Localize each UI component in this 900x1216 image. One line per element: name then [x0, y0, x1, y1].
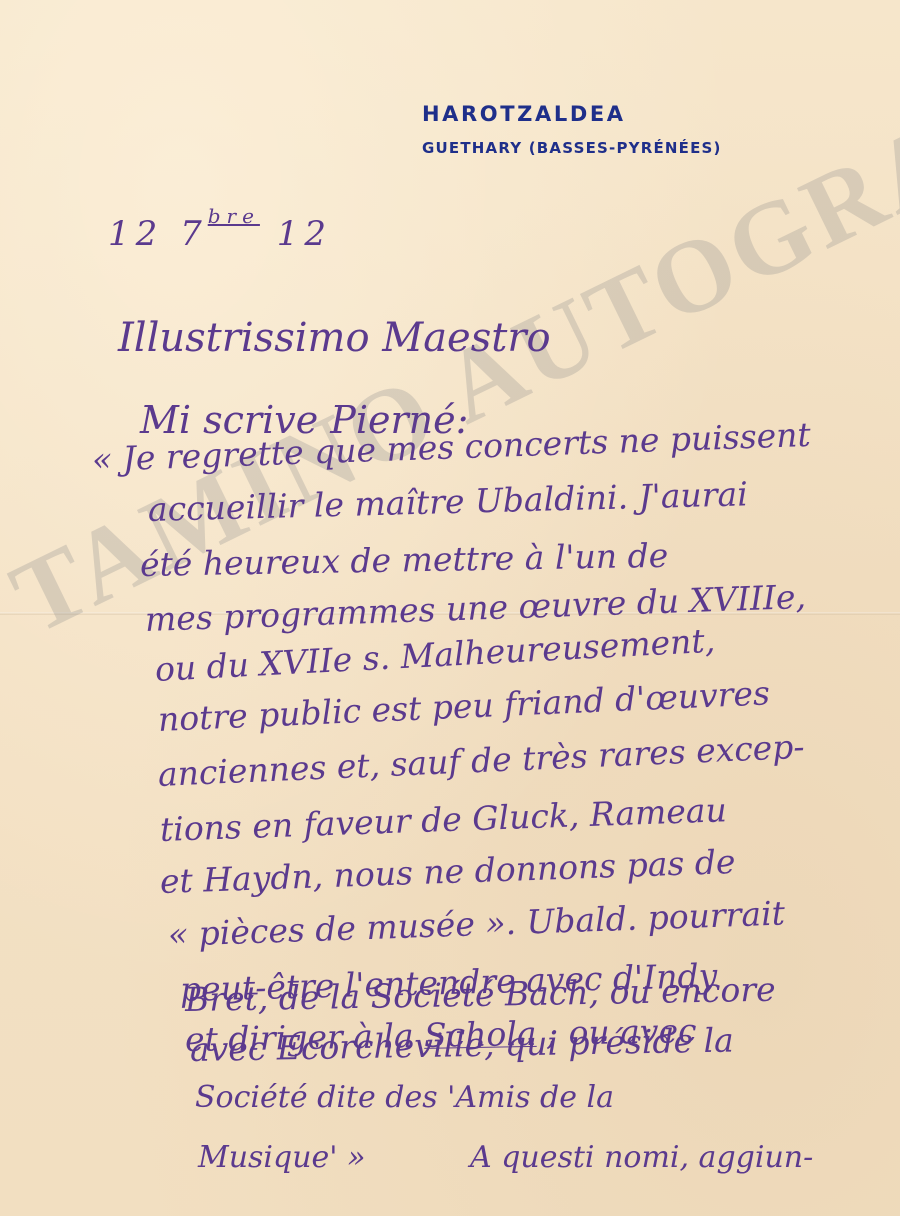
body-line-3: été heureux de mettre à l'un de	[140, 536, 669, 584]
letterhead-name: HAROTZALDEA	[422, 100, 722, 128]
body-line-8: tions en faveur de Gluck, Rameau	[159, 790, 727, 849]
letterhead: HAROTZALDEA GUETHARY (BASSES-PYRÉNÉES)	[422, 100, 722, 158]
body-line-16: Musique' »	[198, 1140, 365, 1175]
body-line-10: « pièces de musée ». Ubald. pourrait	[167, 893, 785, 954]
body-line-9: et Haydn, nous ne donnons pas de	[159, 842, 736, 901]
letter-page: TAMINO AUTOGRAPHS HAROTZALDEA GUETHARY (…	[0, 0, 900, 1216]
closing-fragment: A questi nomi, aggiun-	[470, 1140, 813, 1175]
body-line-15: Société dite des 'Amis de la	[195, 1080, 614, 1115]
letter-date: 12 7bre 12	[108, 204, 332, 254]
date-day: 12	[108, 214, 163, 254]
salutation: Illustrissimo Maestro	[118, 315, 551, 361]
date-month: 7	[180, 214, 208, 254]
body-line-7: anciennes et, sauf de très rares excep-	[157, 727, 805, 794]
body-line-14: avec Ecorcheville, qui préside la	[190, 1021, 734, 1069]
date-month-suffix: bre	[208, 204, 260, 228]
date-year: 12	[277, 214, 332, 254]
letterhead-place: GUETHARY (BASSES-PYRÉNÉES)	[422, 138, 722, 158]
body-line-2: accueillir le maître Ubaldini. J'aurai	[147, 474, 748, 529]
